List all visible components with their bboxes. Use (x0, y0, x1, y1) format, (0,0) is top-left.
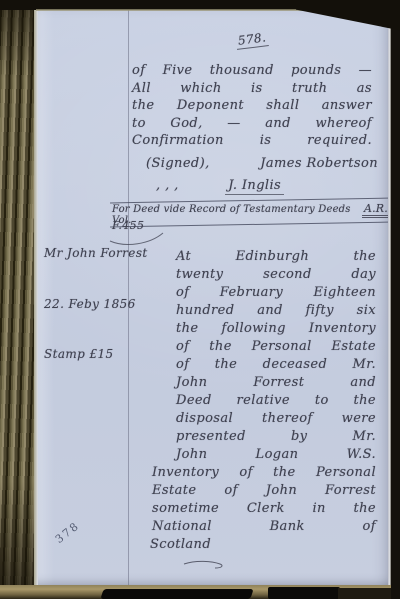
entry-line: of the Personal Estate (148, 338, 376, 356)
ditto-marks: , , , (156, 178, 179, 193)
shadow-shape (100, 589, 253, 599)
entry-line: presented by Mr. (148, 428, 376, 446)
shadow-shape (268, 587, 340, 599)
margin-note-date: 22. Feby 1856 (44, 297, 136, 311)
deposition-text: of Five thousand pounds — All which is t… (132, 62, 372, 150)
entry-line: Scotland (148, 536, 376, 554)
margin-note-name: Mr John Forrest (44, 246, 148, 260)
entry-line: National Bank of (148, 518, 376, 536)
entry-line: the following Inventory (148, 320, 376, 338)
entry-line: hundred and fifty six (148, 302, 376, 320)
record-reference-text: For Deed vide Record of Testamentary Dee… (112, 204, 362, 226)
entry-line: John Forrest and (148, 374, 376, 392)
signature-line-2: , , , J. Inglis (156, 178, 284, 193)
signature-james-robertson: James Robertson (260, 156, 378, 171)
folio-number: 578. (235, 30, 269, 50)
register-page: 578. of Five thousand pounds — All which… (38, 10, 390, 585)
flourish-swash (108, 231, 166, 247)
entry-text: At Edinburgh the twenty second day of Fe… (148, 248, 376, 554)
penciled-number: 378 (53, 519, 82, 546)
photo-of-register-page: 578. of Five thousand pounds — All which… (0, 0, 400, 599)
entry-line: twenty second day (148, 266, 376, 284)
entry-line: of the deceased Mr. (148, 356, 376, 374)
photo-right-border (391, 0, 400, 599)
entry-line: Inventory of the Personal (148, 464, 376, 482)
record-volume-ref: A.R. (362, 202, 390, 218)
flourish-underline (182, 559, 228, 571)
deposition-line: to God, — and whereof (132, 115, 372, 133)
entry-line: of February Eighteen (148, 284, 376, 302)
page-top-edge (36, 9, 310, 11)
entry-line: sometime Clerk in the (148, 500, 376, 518)
entry-line: John Logan W.S. (148, 446, 376, 464)
entry-line: disposal thereof were (148, 410, 376, 428)
signature-j-inglis: J. Inglis (225, 178, 284, 195)
margin-note-stamp: Stamp £15 (44, 347, 114, 361)
deposition-line: Confirmation is required. (132, 132, 372, 150)
entry-line: Deed relative to the (148, 392, 376, 410)
entry-line: Estate of John Forrest (148, 482, 376, 500)
signed-label: (Signed), (146, 156, 210, 171)
book-binding-edge (0, 10, 38, 585)
deposition-line: the Deponent shall answer (132, 97, 372, 115)
deposition-line: of Five thousand pounds — (132, 62, 372, 80)
signature-line-1: (Signed), James Robertson (146, 156, 384, 171)
record-reference-note: For Deed vide Record of Testamentary Dee… (112, 202, 390, 226)
deposition-line: All which is truth as (132, 80, 372, 98)
entry-line: At Edinburgh the (148, 248, 376, 266)
